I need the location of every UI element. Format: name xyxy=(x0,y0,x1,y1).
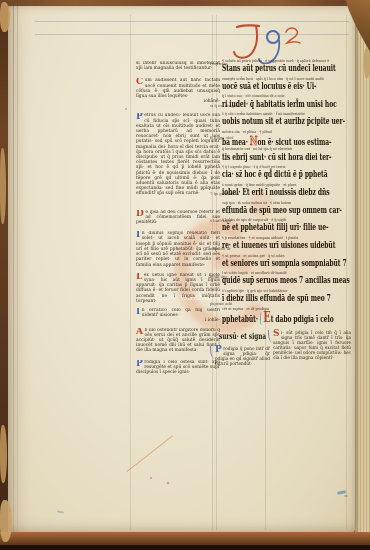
stain-speck xyxy=(125,108,127,110)
initial-letter: C xyxy=(136,78,143,86)
gloss-paragraph: Petrus cū undecī· leuauit uocē suā cū fi… xyxy=(136,113,220,196)
manuscript-photo: ázaro Galdiano Ag si intellr̄ uniuscuius… xyxy=(0,0,370,550)
line-text: t dabo pdigia ī celo xyxy=(271,315,334,325)
text-line-row: ¶ q̄ ī uigesīo p̄mo · s̄ q̄ ē hui9 rei t… xyxy=(222,164,361,182)
gloss-paragraph: Prodigia q̄ pono intr̄ dr̄ signa pdigia·… xyxy=(215,346,270,366)
shadow-below-book xyxy=(0,545,370,550)
gloss-paragraph: Cum audissent aūt hanc factam uocē conue… xyxy=(136,78,220,104)
line-text: re· et iuuenes urī uisiones uidebūt xyxy=(222,241,335,251)
gloss-paragraph: Lex uetus ignē habuit ut ī mōte syna· hi… xyxy=(136,273,220,304)
gloss-paragraph: Prodigia ī celo ostēsa sunt· xp̄o resurg… xyxy=(136,360,220,376)
book-cover-bottom-edge xyxy=(0,532,370,546)
initial-letter: D xyxy=(136,210,144,218)
parchment-tear xyxy=(0,148,6,224)
line-text: pphetabūt· xyxy=(222,315,260,325)
text-line-row: q̄ hestimatōe urā · nō hā tp̄s q̄ nō ebr… xyxy=(222,146,361,164)
main-text-line: tis ebrij sunt· cū sit hora diei ter- xyxy=(222,153,317,165)
initial-letter: P xyxy=(215,346,222,354)
text-line-row: s̄ ī aplōrū tp̄e · q̄ grā sp̄c scī habūd… xyxy=(222,288,361,306)
line-text: ī diebz illis effundā de spū meo 7 xyxy=(222,294,331,304)
quire-mark xyxy=(229,14,307,64)
gloss-block-right: Si· sūt pdigia ī celo tm̄ q̄ ī alia sign… xyxy=(273,330,351,360)
initial-letter: I xyxy=(136,308,140,316)
line-text: uocē suā et locutus ē eis· Ui- xyxy=(222,82,316,92)
ruling-line xyxy=(130,15,131,530)
gloss-column: si intellr̄ uniuscuiusq̄ si innotescāt x… xyxy=(136,61,220,380)
gloss-block-middle: Prodigia q̄ pono intr̄ dr̄ signa pdigia·… xyxy=(215,346,270,366)
main-text-line: ri iudei· q̄ habitatis ierl̄m unīsi hoc xyxy=(222,100,317,112)
initial-letter: I xyxy=(136,231,140,239)
manuscript-page: ázaro Galdiano Ag si intellr̄ uniuscuius… xyxy=(7,5,355,533)
page-fore-edges xyxy=(355,4,370,542)
line-text: cia· sz̄ hoc ē qd̄ dictū ē p̄ pphetā xyxy=(222,170,328,180)
text-line-row: ¶ soluēs ad petrū p̄dicta · ē suggestōe … xyxy=(222,58,361,76)
gloss-paragraph: Ab illo ostenditr̄ largitore donorū q̄ o… xyxy=(136,328,220,354)
gloss-paragraph: In erratico celo q̄a filij uestri uident… xyxy=(136,308,220,324)
main-text-line: ī diebz illis effundā de spū meo 7 xyxy=(222,294,317,306)
text-line-row: s̄ q̄ oēs ī ierl̄m habitātes airaūt · f̄… xyxy=(222,111,361,129)
initial-letter: L xyxy=(136,273,142,281)
main-text-line: nē et pphetabūt filij urī· filie ue- xyxy=(222,223,317,235)
text-line-row: q̄ holōis de xp̄o dr̄ corporalr̄ · ē q̄ … xyxy=(222,217,361,235)
initial-letter: A xyxy=(136,328,143,336)
gloss-paragraph: De ipsa ad deū cōuersōe refertr̄ et ad c… xyxy=(136,210,220,226)
gloss-paragraph: In diuinis sōpnijs reuelatio fieri solet… xyxy=(136,231,220,267)
parchment-tear xyxy=(364,48,370,78)
text-line-row: exurgēs scd̄m lucā · apl̄s q̄ ī loco oīm… xyxy=(222,76,361,94)
main-text-line: effundā de spū meo sup omnem car- xyxy=(222,206,317,218)
parchment-tear xyxy=(0,2,10,32)
main-text-column: ¶ soluēs ad petrū p̄dicta · ē suggestōe … xyxy=(222,58,361,323)
line-text: ri iudei· q̄ habitatis ierl̄m unīsi hoc xyxy=(222,100,337,110)
book-cover-top-edge xyxy=(0,0,370,6)
main-text-line: re· et iuuenes urī uisiones uidebūt xyxy=(222,241,317,253)
text-line-row: cēt ut supīus · et dr̄ prodigiapphetabūt… xyxy=(222,306,361,324)
parchment-tear xyxy=(0,425,7,483)
line-text: nē et pphetabūt filij urī· filie ue- xyxy=(222,223,328,233)
line-text: iohel· Et erit ī nouissīs diebz dn̄s xyxy=(222,188,330,198)
main-text-line: pphetabūt· Et dabo pdigia ī celo xyxy=(222,312,317,327)
line-text: quidē sup̄ seruos meos 7 ancillas meas xyxy=(222,276,350,286)
text-line-row: s̄ p̄ reuelatōes · ¶ et sompnia uidentr̄… xyxy=(222,235,361,253)
stain-ink-smudge xyxy=(337,490,346,494)
line-text: Stans aūt petrus cū undecī leuauit xyxy=(222,64,336,74)
gutter-crease xyxy=(17,5,18,533)
initial-letter: P xyxy=(136,360,143,368)
line-text: tis ebrij sunt· cū sit hora diei ter- xyxy=(222,153,331,163)
gloss-paragraph: Si· sūt pdigia ī celo tm̄ q̄ ī alia sign… xyxy=(273,330,351,360)
gloss-catchword: i iohīe· xyxy=(136,318,220,323)
stain-scratch xyxy=(127,435,173,471)
main-text-line: cia· sz̄ hoc ē qd̄ dictū ē p̄ pphetā xyxy=(222,170,317,182)
gloss-paragraph: si intellr̄ uniuscuiusq̄ si innotescāt x… xyxy=(136,61,220,71)
main-text-line: et seniores urī sompnia sompniabūt 7 xyxy=(222,259,317,271)
text-line-row: mōstra oīa · et plēna · ¶ plēndba mea· N… xyxy=(222,129,361,147)
line-text: et seniores urī sompnia sompniabūt 7 xyxy=(222,259,347,269)
text-line-row: ī ut iohēs baptā · eī ancillarū dr̄ humi… xyxy=(222,270,361,288)
line-text: uobis notum sit et auribz p̄cipite uer- xyxy=(222,117,345,127)
main-text-line: uobis notum sit et auribz p̄cipite uer- xyxy=(222,117,317,129)
gloss-catchword: iohānē· xyxy=(136,99,220,104)
initial-letter: P xyxy=(136,113,143,121)
text-line-row: s̄ nouā grām · q̄ fine mūdi ppīquāte · e… xyxy=(222,182,361,200)
main-text-line: iohel· Et erit ī nouissīs diebz dn̄s xyxy=(222,188,317,200)
main-text-tail: sursū· et signa xyxy=(219,331,266,341)
stain-speck xyxy=(150,477,152,479)
gutter-crease xyxy=(13,5,14,533)
text-line-row: sup̄ q̄os · m̄ solos iudeos uz̄ · s̄ oēm… xyxy=(222,200,361,218)
line-text: effundā de spū meo sup omnem car- xyxy=(222,206,342,216)
text-line-row: q̄ ī statu suo · eī9 cōmoditas dz̄ a noī… xyxy=(222,93,361,111)
pen-flourish xyxy=(260,312,263,325)
stain-speck xyxy=(167,482,169,484)
main-text-line: uocē suā et locutus ē eis· Ui- xyxy=(222,82,317,94)
initial-letter: E xyxy=(263,309,270,326)
parchment-tear xyxy=(0,500,12,542)
stain-smudge xyxy=(57,510,64,513)
initial-letter: S xyxy=(273,330,280,338)
text-line-row: ¶ ut petrus · et uicīias grē · q̄ ut ioh… xyxy=(222,253,361,271)
main-text-line: Stans aūt petrus cū undecī leuauit xyxy=(222,64,317,76)
main-text-line: quidē sup̄ seruos meos 7 ancillas meas xyxy=(222,276,317,288)
stain-ink-smudge xyxy=(344,495,348,497)
